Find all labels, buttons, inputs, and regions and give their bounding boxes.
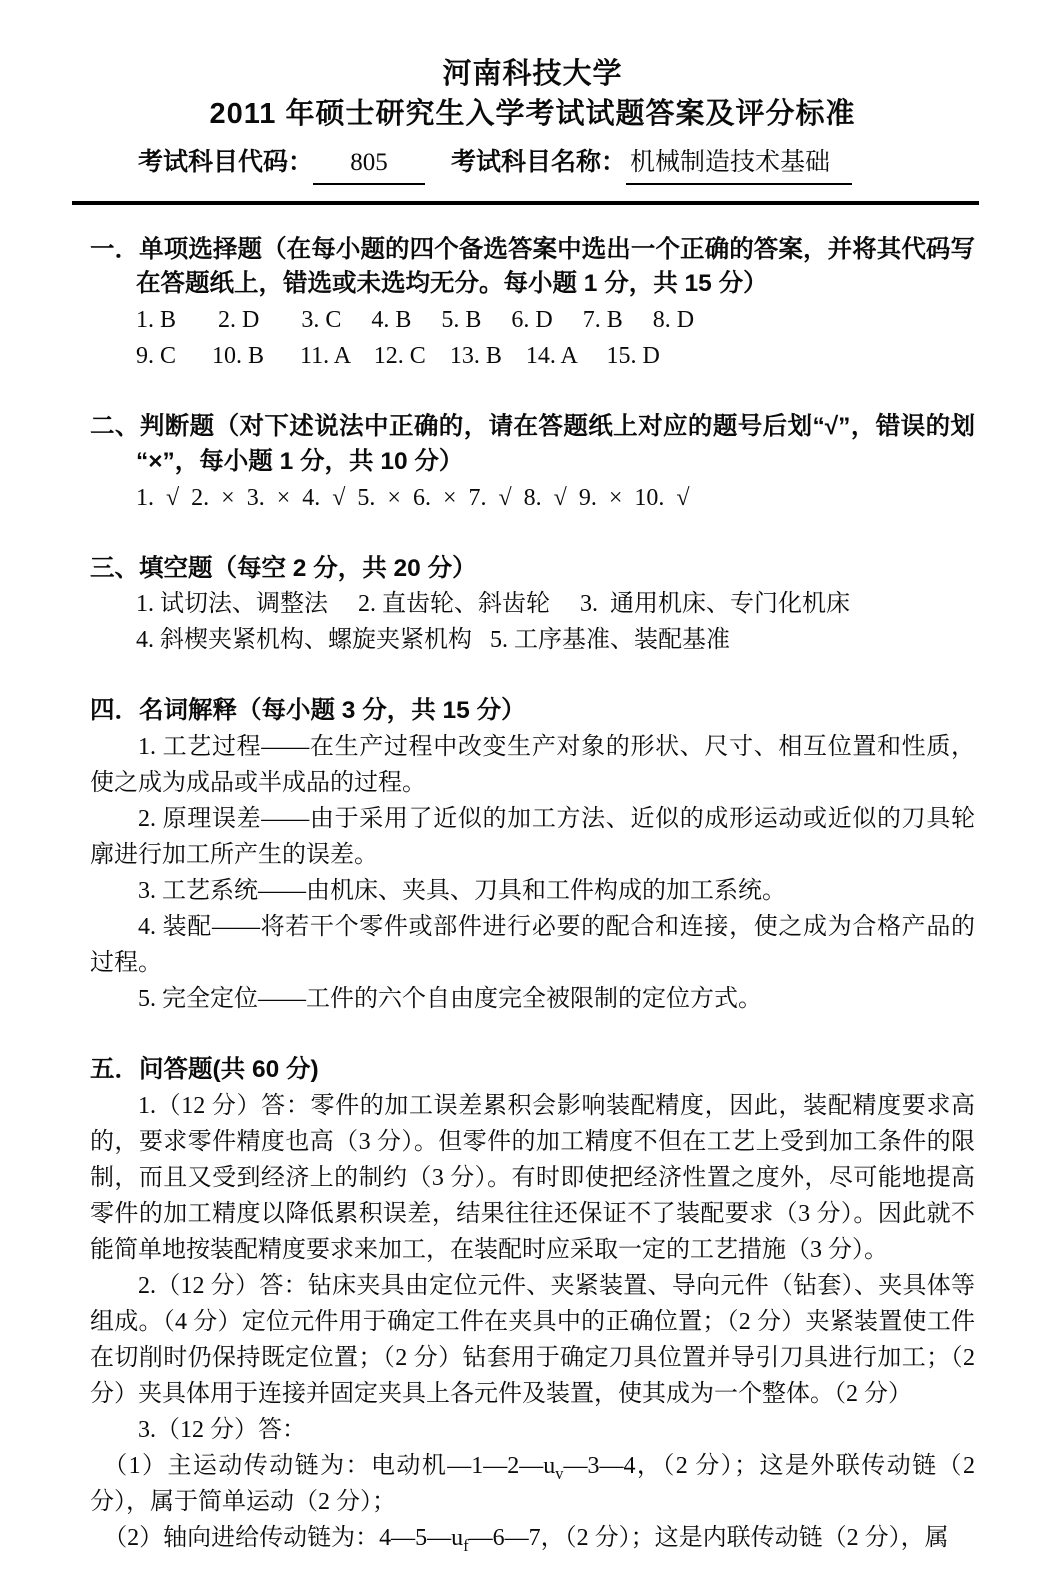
definition-item: 3. 工艺系统——由机床、夹具、刀具和工件构成的加工系统。 bbox=[90, 873, 975, 909]
subject-name-value: 机械制造技术基础 bbox=[626, 145, 852, 185]
essay-answer-1: 1.（12 分）答：零件的加工误差累积会影响装配精度，因此，装配精度要求高的，要… bbox=[90, 1088, 975, 1268]
section-multiple-choice: 一．单项选择题（在每小题的四个备选答案中选出一个正确的答案，并将其代码写在答题纸… bbox=[90, 233, 975, 375]
multiple-choice-answers-row1: 1. B 2. D 3. C 4. B 5. B 6. D 7. B 8. D bbox=[90, 302, 975, 338]
definitions-heading: 四．名词解释（每小题 3 分，共 15 分） bbox=[90, 694, 975, 729]
chain-text-post: —6—7，（2 分）；这是内联传动链（2 分），属 bbox=[469, 1525, 949, 1551]
section-essay-questions: 五．问答题(共 60 分) 1.（12 分）答：零件的加工误差累积会影响装配精度… bbox=[90, 1053, 975, 1556]
subject-info-line: 考试科目代码：805考试科目名称：机械制造技术基础 bbox=[90, 144, 975, 185]
section-definitions: 四．名词解释（每小题 3 分，共 15 分） 1. 工艺过程——在生产过程中改变… bbox=[90, 694, 975, 1017]
section-fill-blank: 三、填空题（每空 2 分，共 20 分） 1. 试切法、调整法 2. 直齿轮、斜… bbox=[90, 552, 975, 659]
multiple-choice-answers-row2: 9. C 10. B 11. A 12. C 13. B 14. A 15. D bbox=[90, 338, 975, 374]
fill-blank-answers-row1: 1. 试切法、调整法 2. 直齿轮、斜齿轮 3. 通用机床、专门化机床 bbox=[90, 586, 975, 622]
university-title: 河南科技大学 bbox=[90, 54, 975, 94]
essay-heading: 五．问答题(共 60 分) bbox=[90, 1053, 975, 1088]
true-false-answers: 1. √ 2. × 3. × 4. √ 5. × 6. × 7. √ 8. √ … bbox=[90, 480, 975, 516]
essay-answer-3-intro: 3.（12 分）答： bbox=[90, 1412, 975, 1448]
definition-item: 2. 原理误差——由于采用了近似的加工方法、近似的成形运动或近似的刀具轮廓进行加… bbox=[90, 801, 975, 873]
subject-code-label: 考试科目代码： bbox=[138, 148, 313, 176]
subject-code-value: 805 bbox=[313, 145, 425, 185]
exam-answer-sheet: 河南科技大学 2011 年硕士研究生入学考试试题答案及评分标准 考试科目代码：8… bbox=[0, 0, 1043, 1596]
multiple-choice-heading: 一．单项选择题（在每小题的四个备选答案中选出一个正确的答案，并将其代码写在答题纸… bbox=[90, 233, 975, 303]
fill-blank-heading: 三、填空题（每空 2 分，共 20 分） bbox=[90, 552, 975, 587]
document-title: 2011 年硕士研究生入学考试试题答案及评分标准 bbox=[90, 94, 975, 134]
chain-text-pre: （1）主运动传动链为：电动机—1—2—u bbox=[103, 1453, 555, 1479]
definition-item: 4. 装配——将若干个零件或部件进行必要的配合和连接，使之成为合格产品的过程。 bbox=[90, 909, 975, 981]
fill-blank-answers-row2: 4. 斜楔夹紧机构、螺旋夹紧机构 5. 工序基准、装配基准 bbox=[90, 622, 975, 658]
divider-rule bbox=[72, 201, 979, 205]
subject-name-label: 考试科目名称： bbox=[451, 148, 626, 176]
chain-text-pre: （2）轴向进给传动链为：4—5—u bbox=[103, 1525, 463, 1551]
essay-answer-2: 2.（12 分）答：钻床夹具由定位元件、夹紧装置、导向元件（钻套）、夹具体等组成… bbox=[90, 1268, 975, 1412]
essay-answer-3-item-1: （1）主运动传动链为：电动机—1—2—uv—3—4，（2 分）；这是外联传动链（… bbox=[90, 1448, 975, 1520]
definition-item: 1. 工艺过程——在生产过程中改变生产对象的形状、尺寸、相互位置和性质，使之成为… bbox=[90, 729, 975, 801]
section-true-false: 二、判断题（对下述说法中正确的，请在答题纸上对应的题号后划“√”，错误的划“×”… bbox=[90, 410, 975, 516]
essay-answer-3-item-2: （2）轴向进给传动链为：4—5—uf—6—7，（2 分）；这是内联传动链（2 分… bbox=[90, 1520, 975, 1556]
definition-item: 5. 完全定位——工件的六个自由度完全被限制的定位方式。 bbox=[90, 981, 975, 1017]
true-false-heading: 二、判断题（对下述说法中正确的，请在答题纸上对应的题号后划“√”，错误的划“×”… bbox=[90, 410, 975, 480]
